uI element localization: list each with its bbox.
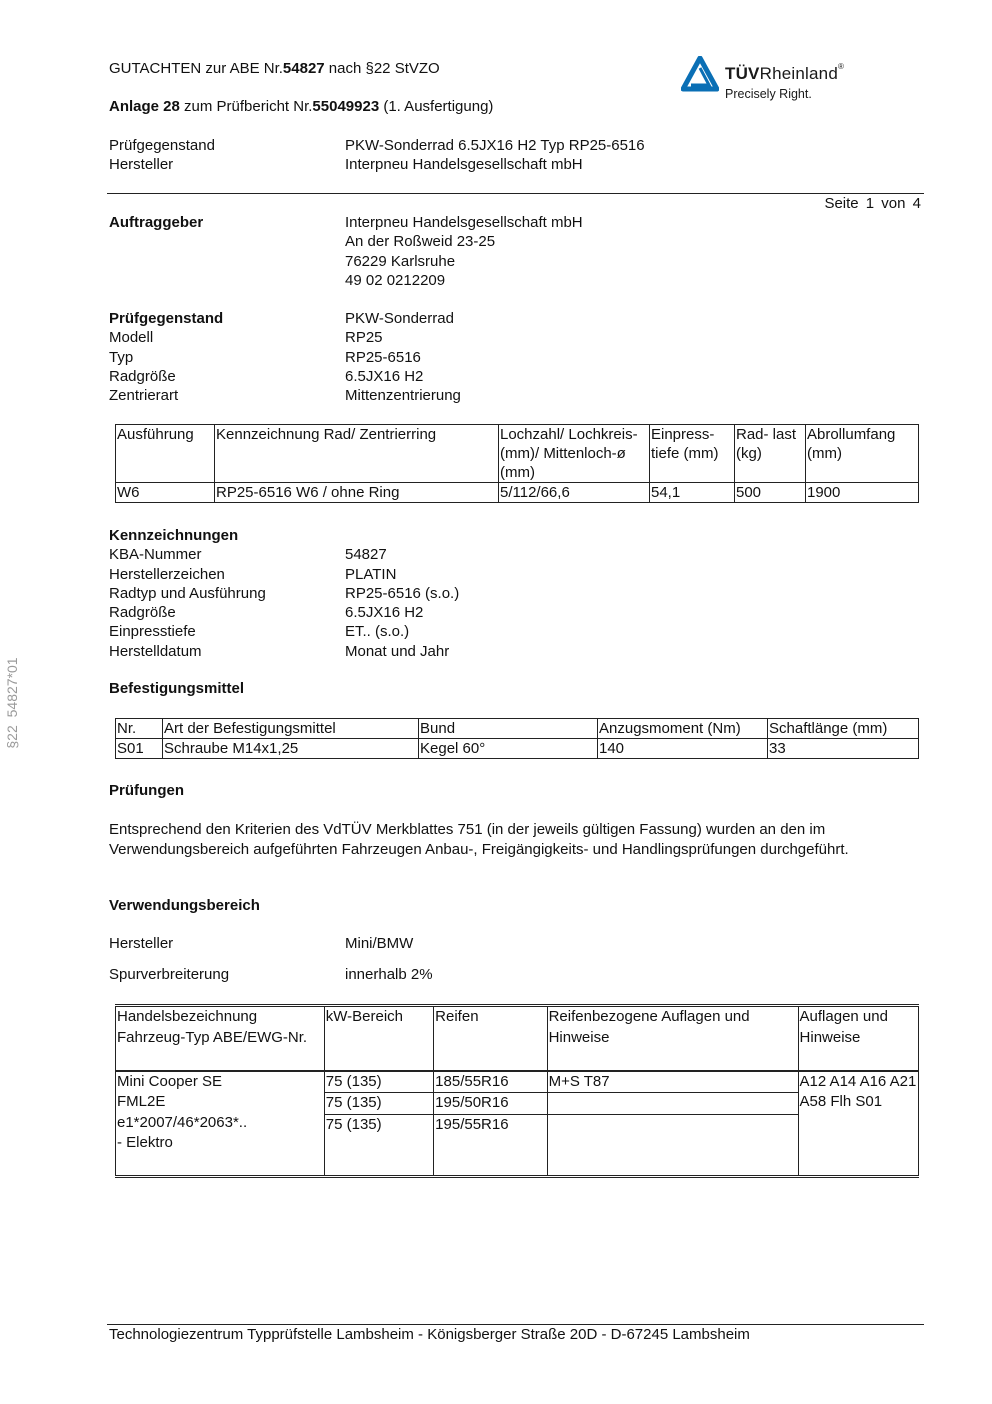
- table-header-row: Ausführung Kennzeichnung Rad/ Zentrierri…: [116, 425, 919, 483]
- title-prefix: GUTACHTEN zur ABE Nr.: [109, 60, 283, 77]
- kv-label: Typ: [109, 348, 345, 367]
- report-title: GUTACHTEN zur ABE Nr.54827 nach §22 StVZ…: [109, 60, 440, 77]
- table-header: Art der Befestigungsmittel: [163, 719, 419, 739]
- vehicle-name: Mini Cooper SE: [117, 1072, 323, 1093]
- table-row: Mini Cooper SE FML2E e1*2007/46*2063*.. …: [116, 1071, 919, 1093]
- kv-value: 54827: [345, 545, 924, 564]
- kv-value: RP25-6516 (s.o.): [345, 584, 924, 603]
- kv-value: PLATIN: [345, 565, 924, 584]
- test-object-heading: Prüfgegenstand: [109, 309, 345, 328]
- table-cell: S01: [116, 739, 163, 759]
- table-header: Kennzeichnung Rad/ Zentrierring: [215, 425, 499, 483]
- table-cell: 33: [768, 739, 919, 759]
- logo-tagline: Precisely Right.: [725, 87, 812, 101]
- client-label: Auftraggeber: [109, 213, 345, 232]
- vehicle-approval: e1*2007/46*2063*..: [117, 1113, 323, 1134]
- table-header: kW-Bereich: [324, 1006, 433, 1071]
- table-header-row: Nr. Art der Befestigungsmittel Bund Anzu…: [116, 719, 919, 739]
- client-line: 49 02 0212209: [345, 271, 924, 290]
- header-info: PrüfgegenstandPKW-Sonderrad 6.5JX16 H2 T…: [109, 136, 924, 175]
- tests-text: Entsprechend den Kriterien des VdTÜV Mer…: [109, 820, 924, 859]
- table-cell: 500: [735, 483, 806, 503]
- table-header-row: Handelsbezeichnung Fahrzeug-Typ ABE/EWG-…: [116, 1006, 919, 1071]
- tuv-logo: TÜVRheinland® Precisely Right.: [681, 54, 871, 104]
- usage-manufacturer-label: Hersteller: [109, 934, 345, 953]
- table-header: Handelsbezeichnung Fahrzeug-Typ ABE/EWG-…: [116, 1006, 325, 1071]
- footer-address: Technologiezentrum Typprüfstelle Lambshe…: [109, 1326, 750, 1343]
- fasteners-heading: Befestigungsmittel: [109, 680, 244, 697]
- table-header: Abrollumfang (mm): [806, 425, 919, 483]
- table-cell: W6: [116, 483, 215, 503]
- kv-label: Radtyp und Ausführung: [109, 584, 345, 603]
- kv-label: Herstellerzeichen: [109, 565, 345, 584]
- tyre-notes-cell: [547, 1093, 798, 1115]
- kv-label: Modell: [109, 328, 345, 347]
- usage-heading: Verwendungsbereich: [109, 897, 260, 914]
- table-header: Reifen: [434, 1006, 547, 1071]
- kv-value: 6.5JX16 H2: [345, 367, 924, 386]
- subject-value: PKW-Sonderrad 6.5JX16 H2 Typ RP25-6516: [345, 136, 924, 155]
- kv-label: Zentrierart: [109, 386, 345, 405]
- table-header: Einpress- tiefe (mm): [650, 425, 735, 483]
- table-header: Rad- last (kg): [735, 425, 806, 483]
- client-section: AuftraggeberInterpneu Handelsgesellschaf…: [109, 213, 924, 290]
- markings-section: Kennzeichnungen KBA-Nummer54827 Herstell…: [109, 526, 924, 661]
- logo-brand: TÜVRheinland®: [725, 64, 844, 84]
- kv-label: KBA-Nummer: [109, 545, 345, 564]
- kv-value: 6.5JX16 H2: [345, 603, 924, 622]
- kw-cell: 75 (135): [324, 1114, 433, 1176]
- table-cell: Schraube M14x1,25: [163, 739, 419, 759]
- kv-value: Monat und Jahr: [345, 642, 924, 661]
- table-header: Anzugsmoment (Nm): [598, 719, 768, 739]
- usage-manufacturer-value: Mini/BMW: [345, 934, 924, 953]
- client-line: An der Roßweid 23-25: [345, 232, 924, 251]
- usage-track: Spurverbreiterunginnerhalb 2%: [109, 965, 924, 984]
- notes-cell: A12 A14 A16 A21 A58 Flh S01: [798, 1071, 918, 1177]
- table-header: Auflagen und Hinweise: [798, 1006, 918, 1071]
- title-suffix: nach §22 StVZO: [325, 60, 440, 77]
- table-row: S01 Schraube M14x1,25 Kegel 60° 140 33: [116, 739, 919, 759]
- table-header: Lochzahl/ Lochkreis- (mm)/ Mittenloch-ø …: [499, 425, 650, 483]
- report-subtitle: Anlage 28 zum Prüfbericht Nr.55049923 (1…: [109, 98, 493, 115]
- table-cell: 5/112/66,6: [499, 483, 650, 503]
- tyre-notes-cell: [547, 1114, 798, 1176]
- subtitle-middle: zum Prüfbericht Nr.: [180, 98, 313, 115]
- table-cell: 1900: [806, 483, 919, 503]
- tyre-cell: 185/55R16: [434, 1071, 547, 1093]
- table-header: Ausführung: [116, 425, 215, 483]
- vehicle-table: Handelsbezeichnung Fahrzeug-Typ ABE/EWG-…: [115, 1004, 919, 1178]
- kv-label: Einpresstiefe: [109, 622, 345, 641]
- vehicle-cell: Mini Cooper SE FML2E e1*2007/46*2063*.. …: [116, 1071, 325, 1177]
- footer-divider: [107, 1324, 924, 1325]
- tyre-notes-cell: M+S T87: [547, 1071, 798, 1093]
- table-header: Reifenbezogene Auflagen und Hinweise: [547, 1006, 798, 1071]
- kw-cell: 75 (135): [324, 1093, 433, 1115]
- tuv-triangle-icon: [681, 56, 719, 92]
- markings-heading: Kennzeichnungen: [109, 526, 345, 545]
- kv-label: Radgröße: [109, 367, 345, 386]
- anlage-label: Anlage 28: [109, 98, 180, 115]
- header-divider: [107, 193, 924, 194]
- kv-value: ET.. (s.o.): [345, 622, 924, 641]
- manufacturer-label: Hersteller: [109, 155, 345, 174]
- subject-label: Prüfgegenstand: [109, 136, 345, 155]
- table-cell: Kegel 60°: [419, 739, 598, 759]
- test-object-value: PKW-Sonderrad: [345, 309, 924, 328]
- kv-label: Radgröße: [109, 603, 345, 622]
- kw-cell: 75 (135): [324, 1071, 433, 1093]
- table-cell: 140: [598, 739, 768, 759]
- kv-value: RP25: [345, 328, 924, 347]
- table-header: Schaftlänge (mm): [768, 719, 919, 739]
- abe-number: 54827: [283, 60, 325, 77]
- side-mark: §22 54827*01: [2, 648, 22, 758]
- table-cell: RP25-6516 W6 / ohne Ring: [215, 483, 499, 503]
- fasteners-table: Nr. Art der Befestigungsmittel Bund Anzu…: [115, 718, 919, 759]
- manufacturer-value: Interpneu Handelsgesellschaft mbH: [345, 155, 924, 174]
- usage-manufacturer: HerstellerMini/BMW: [109, 934, 924, 953]
- page-number: Seite 1 von 4: [824, 195, 921, 212]
- kv-label: Herstelldatum: [109, 642, 345, 661]
- kv-value: Mittenzentrierung: [345, 386, 924, 405]
- client-line: Interpneu Handelsgesellschaft mbH: [345, 213, 924, 232]
- report-number: 55049923: [312, 98, 379, 115]
- table-cell: 54,1: [650, 483, 735, 503]
- table-row: W6 RP25-6516 W6 / ohne Ring 5/112/66,6 5…: [116, 483, 919, 503]
- tyre-cell: 195/50R16: [434, 1093, 547, 1115]
- track-label: Spurverbreiterung: [109, 965, 345, 984]
- vehicle-type: FML2E: [117, 1092, 323, 1113]
- test-object-section: PrüfgegenstandPKW-Sonderrad ModellRP25 T…: [109, 309, 924, 405]
- table-header: Bund: [419, 719, 598, 739]
- track-value: innerhalb 2%: [345, 965, 924, 984]
- subtitle-suffix: (1. Ausfertigung): [379, 98, 493, 115]
- table-header: Nr.: [116, 719, 163, 739]
- vehicle-note: - Elektro: [117, 1133, 323, 1154]
- client-line: 76229 Karlsruhe: [345, 252, 924, 271]
- tyre-cell: 195/55R16: [434, 1114, 547, 1176]
- kv-value: RP25-6516: [345, 348, 924, 367]
- tests-heading: Prüfungen: [109, 782, 184, 799]
- wheel-table: Ausführung Kennzeichnung Rad/ Zentrierri…: [115, 424, 919, 503]
